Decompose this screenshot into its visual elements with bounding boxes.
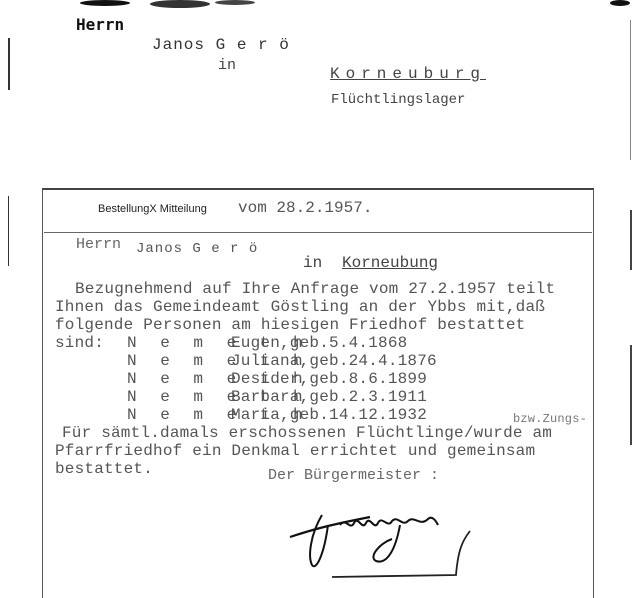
notice-date: vom 28.2.1957. [238, 199, 372, 217]
scan-margin-mark [630, 210, 632, 270]
person-detail: Maria,geb.14.12.1932 [231, 406, 427, 424]
body-line: folgende Personen am hiesigen Friedhof b… [55, 316, 525, 334]
scan-margin-mark [630, 20, 631, 160]
scan-margin-mark [8, 196, 9, 266]
form-type-label: BestellungX Mitteilung [98, 203, 207, 215]
scan-margin-mark [630, 345, 632, 445]
closing-line: Für sämtl.damals erschossenen Flüchtling… [62, 424, 552, 442]
envelope-salutation: Herrn [76, 15, 124, 34]
card-city: Korneubung [342, 254, 438, 272]
envelope-preposition: in [218, 57, 236, 74]
signature [280, 495, 510, 585]
intro-word: sind: [55, 334, 104, 352]
card-salutation: Herrn [76, 236, 121, 253]
card-preposition: in [303, 254, 322, 272]
card-recipient: Janos G e r ö [136, 241, 258, 257]
scan-smudge [80, 0, 130, 6]
signature-label: Der Bürgermeister : [268, 467, 439, 484]
scan-smudge [610, 0, 630, 6]
envelope-facility: Flüchtlingslager [331, 92, 465, 108]
envelope-recipient-name: Janos G e r ö [152, 36, 290, 54]
body-line: Bezugnehmend auf Ihre Anfrage vom 27.2.1… [75, 280, 555, 298]
scan-margin-mark [8, 38, 10, 90]
person-detail: Eugen,geb.5.4.1868 [231, 334, 407, 352]
person-detail: Desider,geb.8.6.1899 [231, 370, 427, 388]
envelope-city: Korneuburg [330, 65, 486, 83]
body-line: Ihnen das Gemeindeamt Göstling an der Yb… [55, 298, 545, 316]
scan-smudge [150, 0, 210, 8]
closing-line: bestattet. [55, 460, 153, 478]
header-divider [44, 232, 592, 233]
closing-line: Pfarrfriedhof ein Denkmal errichtet und … [55, 442, 535, 460]
person-detail: Barbara,geb.2.3.1911 [231, 388, 427, 406]
person-detail: Juliana,geb.24.4.1876 [231, 352, 437, 370]
scan-smudge [215, 0, 255, 5]
